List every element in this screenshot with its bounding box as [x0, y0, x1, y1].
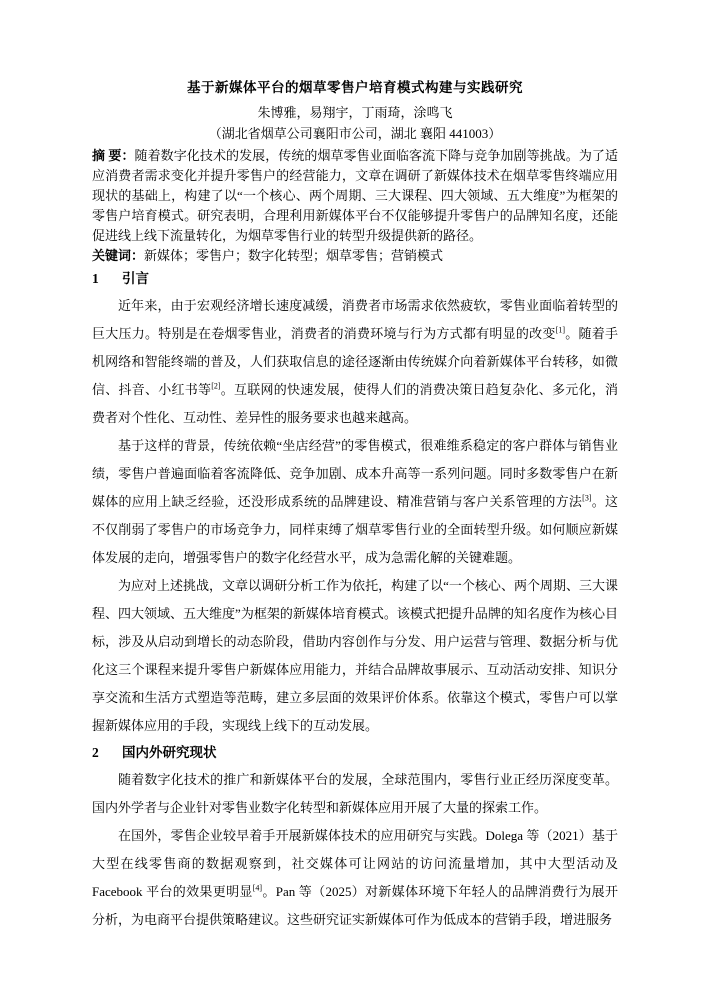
body-paragraph: 在国外，零售企业较早着手开展新媒体技术的应用研究与实践。Dolega 等（202…	[92, 822, 618, 934]
body-paragraph: 基于这样的背景，传统依赖“坐店经营”的零售模式，很难维系稳定的客户群体与销售业绩…	[92, 432, 618, 572]
section-heading: 1引言	[92, 266, 618, 292]
paper-affiliation: （湖北省烟草公司襄阳市公司，湖北 襄阳 441003）	[92, 123, 618, 144]
section-number: 1	[92, 266, 122, 292]
keywords-text: 新媒体；零售户；数字化转型；烟草零售；营销模式	[144, 248, 443, 263]
abstract-paragraph: 摘 要：随着数字化技术的发展，传统的烟草零售业面临客流下降与竞争加剧等挑战。为了…	[92, 146, 618, 246]
section-number: 2	[92, 740, 122, 766]
keywords-paragraph: 关键词：新媒体；零售户；数字化转型；烟草零售；营销模式	[92, 246, 618, 266]
body-paragraph: 为应对上述挑战，文章以调研分析工作为依托，构建了以“一个核心、两个周期、三大课程…	[92, 572, 618, 740]
document-body: 1引言近年来，由于宏观经济增长速度减缓，消费者市场需求依然疲软，零售业面临着转型…	[92, 266, 618, 934]
body-paragraph: 近年来，由于宏观经济增长速度减缓，消费者市场需求依然疲软，零售业面临着转型的巨大…	[92, 292, 618, 432]
paper-title: 基于新媒体平台的烟草零售户培育模式构建与实践研究	[92, 0, 618, 98]
page-content: 基于新媒体平台的烟草零售户培育模式构建与实践研究 朱博雅，易翔宇，丁雨琦，涂鸣飞…	[92, 0, 618, 934]
body-paragraph: 随着数字化技术的推广和新媒体平台的发展，全球范围内，零售行业正经历深度变革。国内…	[92, 766, 618, 822]
citation-marker: [3]	[582, 494, 591, 503]
citation-marker: [4]	[253, 884, 262, 893]
abstract-text: 随着数字化技术的发展，传统的烟草零售业面临客流下降与竞争加剧等挑战。为了适应消费…	[92, 148, 618, 243]
section-title: 国内外研究现状	[122, 745, 217, 760]
citation-marker: [1]	[556, 326, 565, 335]
abstract-label: 摘 要：	[92, 148, 135, 163]
section-title: 引言	[122, 271, 149, 286]
paper-authors: 朱博雅，易翔宇，丁雨琦，涂鸣飞	[92, 102, 618, 123]
citation-marker: [2]	[211, 382, 220, 391]
keywords-label: 关键词：	[92, 248, 144, 263]
section-heading: 2国内外研究现状	[92, 740, 618, 766]
document-page: 基于新媒体平台的烟草零售户培育模式构建与实践研究 朱博雅，易翔宇，丁雨琦，涂鸣飞…	[0, 0, 707, 999]
